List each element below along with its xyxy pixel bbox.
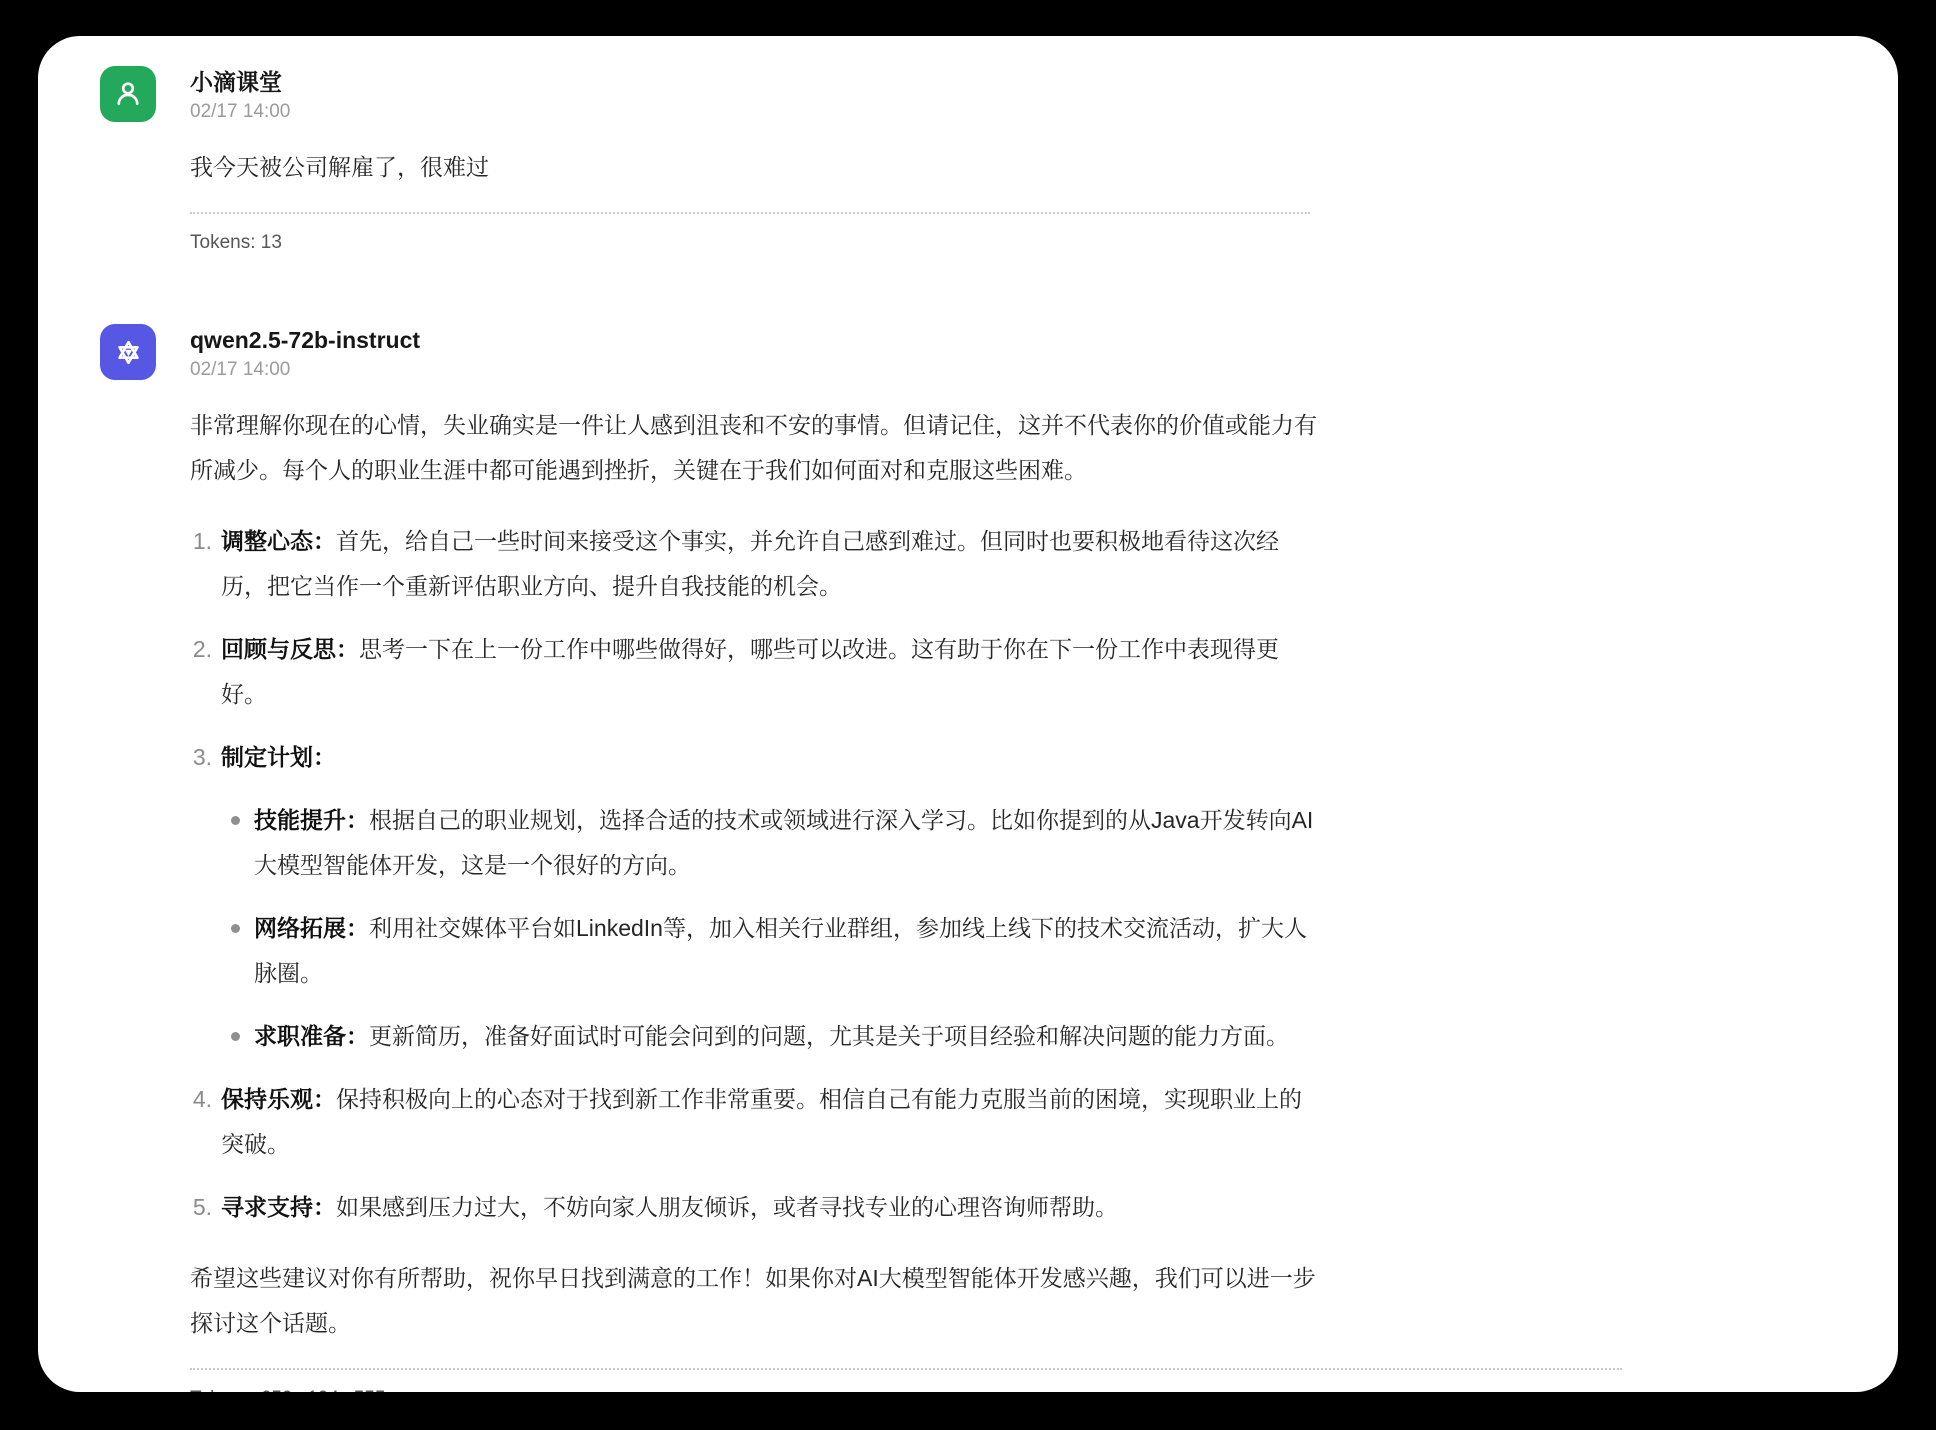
assistant-message-content: qwen2.5-72b-instruct 02/17 14:00 非常理解你现在… (190, 324, 1622, 1392)
user-name: 小滴课堂 (190, 67, 1622, 97)
bullet-sublist: 技能提升：根据自己的职业规划，选择合适的技术或领域进行深入学习。比如你提到的从J… (221, 798, 1320, 1059)
sublist-item-text: 利用社交媒体平台如LinkedIn等，加入相关行业群组，参加线上线下的技术交流活… (254, 915, 1307, 986)
list-item-term: 调整心态： (221, 528, 336, 554)
message-divider (190, 212, 1310, 214)
chat-panel: 小滴课堂 02/17 14:00 我今天被公司解雇了，很难过 Tokens: 1… (38, 36, 1898, 1392)
list-item-number: 5. (190, 1185, 212, 1230)
assistant-token-count: Tokens: 659 ↑104 ↓555 (190, 1386, 1622, 1392)
list-item-term: 寻求支持： (221, 1194, 336, 1220)
sublist-item-text: 更新简历，准备好面试时可能会问到的问题，尤其是关于项目经验和解决问题的能力方面。 (369, 1023, 1289, 1049)
user-icon (111, 77, 145, 111)
list-item-number: 4. (190, 1077, 212, 1167)
sublist-item-term: 求职准备： (254, 1023, 369, 1049)
list-item-number: 2. (190, 627, 212, 717)
assistant-outro-paragraph: 希望这些建议对你有所帮助，祝你早日找到满意的工作！如果你对AI大模型智能体开发感… (190, 1256, 1330, 1346)
user-avatar[interactable] (100, 66, 156, 122)
screen-background: 小滴课堂 02/17 14:00 我今天被公司解雇了，很难过 Tokens: 1… (0, 0, 1936, 1430)
bullet-icon (231, 924, 240, 933)
list-item-term: 保持乐观： (221, 1086, 336, 1112)
list-item-text: 保持积极向上的心态对于找到新工作非常重要。相信自己有能力克服当前的困境，实现职业… (221, 1086, 1302, 1157)
assistant-timestamp: 02/17 14:00 (190, 357, 1622, 383)
assistant-intro-paragraph: 非常理解你现在的心情，失业确实是一件让人感到沮丧和不安的事情。但请记住，这并不代… (190, 403, 1330, 493)
assistant-avatar[interactable] (100, 324, 156, 380)
message-divider (190, 1368, 1622, 1370)
sublist-item-term: 技能提升： (254, 807, 369, 833)
user-message-text: 我今天被公司解雇了，很难过 (190, 145, 1330, 190)
user-message-content: 小滴课堂 02/17 14:00 我今天被公司解雇了，很难过 Tokens: 1… (190, 66, 1622, 256)
list-item-text: 思考一下在上一份工作中哪些做得好，哪些可以改进。这有助于你在下一份工作中表现得更… (221, 636, 1279, 707)
list-item: 3. 制定计划： 技能提升：根据自己的职业规划，选择合适的技术或领域进行深入学习… (190, 735, 1320, 1059)
list-item-term: 回顾与反思： (221, 636, 359, 662)
list-item-number: 3. (190, 735, 212, 1059)
user-token-count: Tokens: 13 (190, 230, 1622, 256)
assistant-message-body: 非常理解你现在的心情，失业确实是一件让人感到沮丧和不安的事情。但请记住，这并不代… (190, 403, 1622, 1346)
sublist-item-term: 网络拓展： (254, 915, 369, 941)
assistant-message: qwen2.5-72b-instruct 02/17 14:00 非常理解你现在… (100, 324, 1842, 1392)
sublist-item: 技能提升：根据自己的职业规划，选择合适的技术或领域进行深入学习。比如你提到的从J… (221, 798, 1320, 888)
user-timestamp: 02/17 14:00 (190, 99, 1622, 125)
list-item: 4. 保持乐观：保持积极向上的心态对于找到新工作非常重要。相信自己有能力克服当前… (190, 1077, 1320, 1167)
list-item-text: 如果感到压力过大，不妨向家人朋友倾诉，或者寻找专业的心理咨询师帮助。 (336, 1194, 1118, 1220)
qwen-logo-icon (112, 336, 145, 369)
assistant-model-name: qwen2.5-72b-instruct (190, 325, 1622, 355)
list-item-number: 1. (190, 519, 212, 609)
list-item: 1. 调整心态：首先，给自己一些时间来接受这个事实，并允许自己感到难过。但同时也… (190, 519, 1320, 609)
bullet-icon (231, 816, 240, 825)
list-item-text: 首先，给自己一些时间来接受这个事实，并允许自己感到难过。但同时也要积极地看待这次… (221, 528, 1279, 599)
list-item-term: 制定计划： (221, 744, 336, 770)
user-message: 小滴课堂 02/17 14:00 我今天被公司解雇了，很难过 Tokens: 1… (100, 66, 1842, 256)
list-item: 2. 回顾与反思：思考一下在上一份工作中哪些做得好，哪些可以改进。这有助于你在下… (190, 627, 1320, 717)
numbered-list: 1. 调整心态：首先，给自己一些时间来接受这个事实，并允许自己感到难过。但同时也… (190, 519, 1622, 1230)
sublist-item-text: 根据自己的职业规划，选择合适的技术或领域进行深入学习。比如你提到的从Java开发… (254, 807, 1313, 878)
sublist-item: 求职准备：更新简历，准备好面试时可能会问到的问题，尤其是关于项目经验和解决问题的… (221, 1014, 1320, 1059)
bullet-icon (231, 1032, 240, 1041)
list-item: 5. 寻求支持：如果感到压力过大，不妨向家人朋友倾诉，或者寻找专业的心理咨询师帮… (190, 1185, 1320, 1230)
sublist-item: 网络拓展：利用社交媒体平台如LinkedIn等，加入相关行业群组，参加线上线下的… (221, 906, 1320, 996)
user-message-body: 我今天被公司解雇了，很难过 (190, 145, 1622, 190)
